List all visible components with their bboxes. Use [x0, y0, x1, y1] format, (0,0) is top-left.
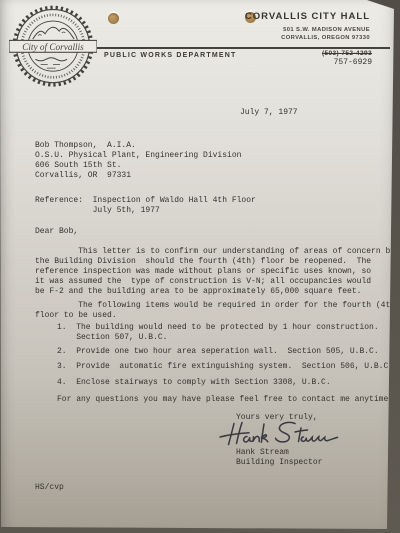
recipient-address-block: Bob Thompson, A.I.A. O.S.U. Physical Pla…	[35, 141, 241, 181]
salutation: Dear Bob,	[35, 227, 78, 237]
body-paragraph-1: This letter is to confirm our understand…	[35, 247, 395, 297]
letterhead-department: PUBLIC WORKS DEPARTMENT	[104, 52, 236, 59]
list-item-2: 2. Provide one two hour area seperation …	[57, 347, 379, 357]
city-seal-stamp: City of Corvallis	[9, 3, 97, 91]
closing-sentence: For any questions you may have please fe…	[57, 395, 393, 405]
letterhead-address: 501 S.W. MADISON AVENUE CORVALLIS, OREGO…	[281, 26, 370, 42]
reference-line: Reference: Inspection of Waldo Hall 4th …	[35, 196, 256, 216]
list-item-4: 4. Enclose stairways to comply with Sect…	[57, 378, 331, 388]
letterhead-org-name: CORVALLIS CITY HALL	[245, 11, 370, 22]
typist-initials: HS/cvp	[35, 483, 64, 493]
signer-name: Hank Stream	[236, 448, 289, 458]
letter-date: July 7, 1977	[240, 108, 298, 118]
letterhead-phones: (503) 752-4293 757-6929	[322, 50, 372, 67]
body-paragraph-2: The following items would be required in…	[35, 301, 400, 321]
phone-number-crossed-out: (503) 752-4293	[322, 50, 372, 57]
seal-text: City of Corvallis	[22, 42, 84, 52]
letterhead-divider-rule	[97, 47, 390, 49]
list-item-3: 3. Provide automatic fire extinguishing …	[57, 362, 393, 372]
punch-hole-left	[108, 13, 119, 24]
list-item-1: 1. The building would need to be protect…	[57, 323, 379, 343]
signer-title: Building Inspector	[236, 458, 322, 468]
scanned-letter-photo: { "letterhead": { "org": "CORVALLIS CITY…	[0, 0, 400, 533]
seal-banner: City of Corvallis	[9, 40, 97, 52]
letter-paper: City of Corvallis CORVALLIS CITY HALL 50…	[0, 0, 400, 533]
phone-number-corrected: 757-6929	[322, 58, 372, 67]
